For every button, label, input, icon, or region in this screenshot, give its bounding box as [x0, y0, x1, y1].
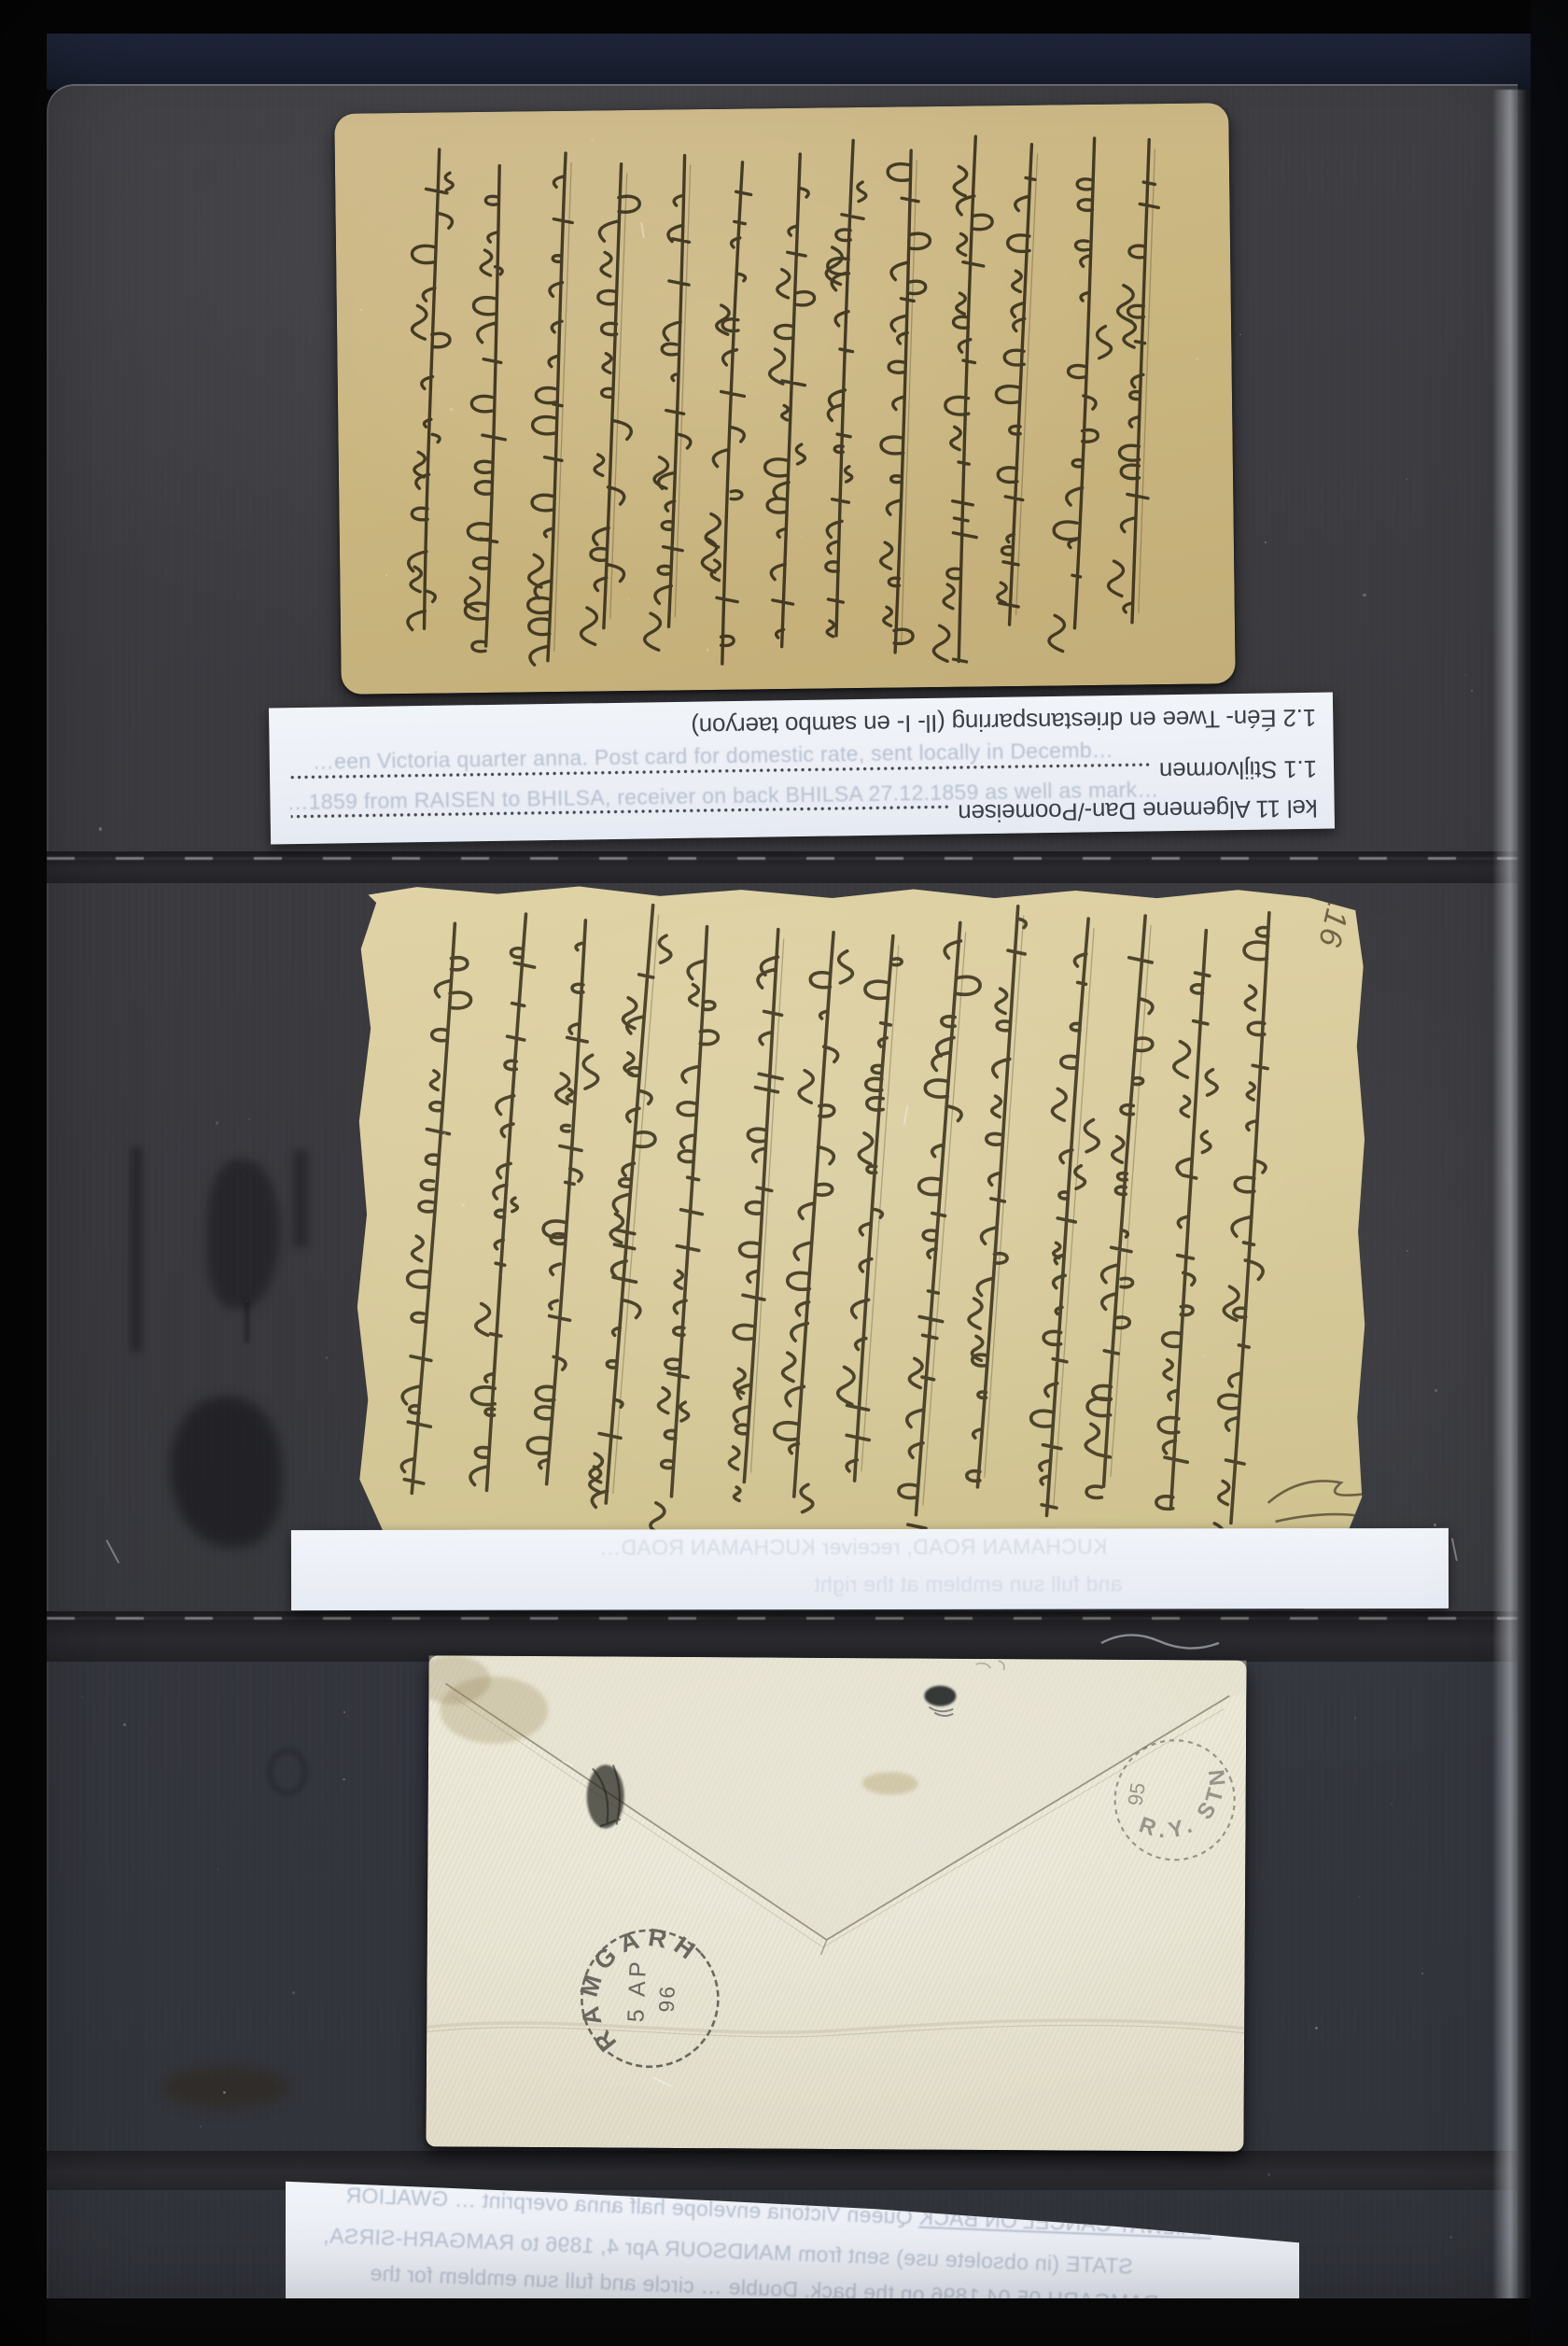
upside-down-caption: kel 11 Algemene Dan-/Poomeisen 1.1 Stijl… [269, 693, 1335, 845]
shadow-streak [293, 1150, 308, 1247]
caption-text: 1.2 Één- Twee en driestansparring (Il- I… [691, 703, 1316, 741]
shadow-shape-stem [245, 1299, 249, 1342]
svg-text:95: 95 [1124, 1781, 1150, 1807]
photo-border [0, 0, 1568, 34]
album-page-photo: …een Victoria quarter anna. Post card fo… [0, 0, 1568, 2346]
caption-text: kel 11 Algemene Dan-/Poomeisen [958, 794, 1318, 828]
photo-border [1531, 0, 1568, 2346]
show-through-text: KUCHAMAN ROAD, receiver KUCHAMAN ROAD… [599, 1535, 1107, 1561]
handwritten-script [334, 103, 1236, 695]
sleeve-seam [47, 2151, 1518, 2190]
postmark-ramgarh: RAMGARH 5 AP 96 [543, 1892, 752, 2100]
sleeve-seam [47, 1611, 1518, 1662]
svg-text:5 AP: 5 AP [623, 1958, 651, 2023]
svg-text:96: 96 [654, 1984, 679, 2013]
postcard-top [334, 103, 1236, 695]
handwritten-script [353, 883, 1369, 1551]
caption-row: 1.1 Stijlvormen [290, 754, 1317, 798]
caption-text: 1.1 Stijlvormen [1159, 754, 1317, 786]
caption-strip-1: …een Victoria quarter anna. Post card fo… [269, 693, 1335, 845]
caption-strip-2: KUCHAMAN ROAD, receiver KUCHAMAN ROAD… a… [291, 1528, 1449, 1610]
show-through-text: and full sun emblem at the right [814, 1572, 1123, 1598]
envelope-back: RAMGARH 5 AP 96 R.Y. STN 95 [426, 1655, 1246, 2151]
caption-row: 1.2 Één- Twee en driestansparring (Il- I… [289, 703, 1316, 747]
sleeve-seam [47, 851, 1518, 883]
postcard-middle: 116 [353, 883, 1369, 1551]
ink-smudge [924, 1686, 956, 1707]
dotted-leader [291, 805, 949, 819]
album-page-edge [34, 34, 1534, 90]
envelope-detail: RAMGARH 5 AP 96 R.Y. STN 95 [426, 1655, 1246, 2151]
page-bottom-shadow [0, 2298, 1568, 2346]
dotted-leader [290, 762, 1150, 780]
sleeve-edge-highlight [1493, 90, 1531, 2299]
photo-border [0, 0, 47, 2346]
shadow-streak [131, 1146, 142, 1352]
flap-tip [821, 1940, 827, 1955]
caption-row: kel 11 Algemene Dan-/Poomeisen [291, 794, 1318, 837]
